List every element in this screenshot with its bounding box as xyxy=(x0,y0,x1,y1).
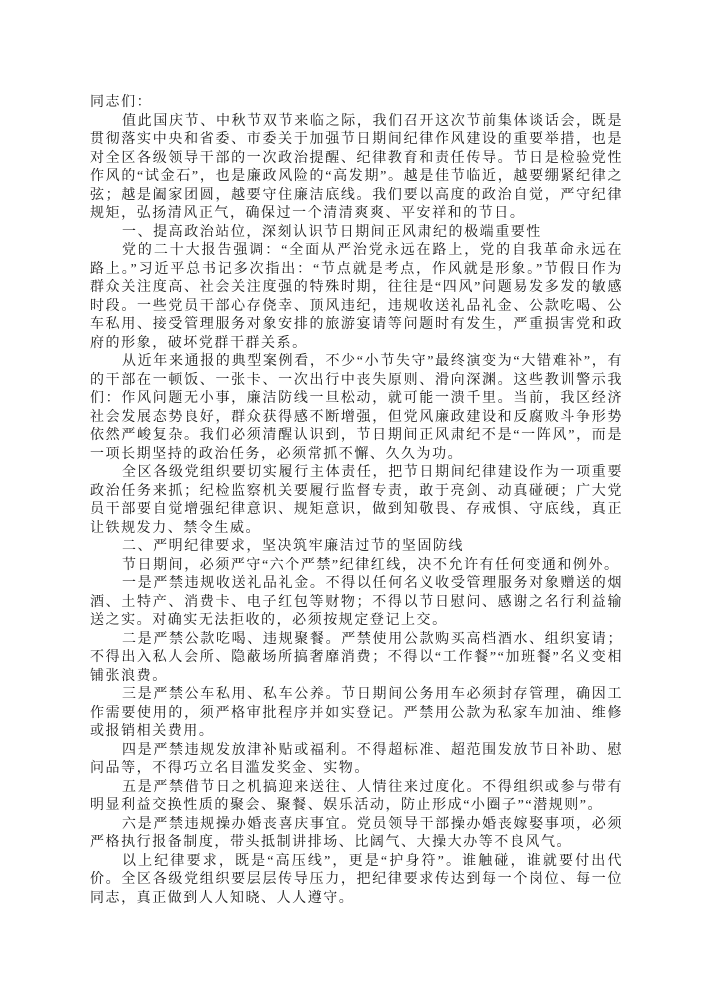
body-paragraph: 值此国庆节、中秋节双节来临之际，我们召开这次节前集体谈话会，既是贯彻落实中央和省… xyxy=(90,113,623,224)
body-paragraph: 一是严禁违规收送礼品礼金。不得以任何名义收受管理服务对象赠送的烟酒、土特产、消费… xyxy=(90,575,623,631)
body-paragraph: 四是严禁违规发放津补贴或福利。不得超标准、超范围发放节日补助、慰问品等，不得巧立… xyxy=(90,742,623,779)
document-text-block: 同志们：值此国庆节、中秋节双节来临之际，我们召开这次节前集体谈话会，既是贯彻落实… xyxy=(90,94,623,908)
salutation: 同志们： xyxy=(90,94,623,113)
section-heading: 一、提高政治站位，深刻认识节日期间正风肃纪的极端重要性 xyxy=(90,224,623,243)
body-paragraph: 全区各级党组织要切实履行主体责任，把节日期间纪律建设作为一项重要政治任务来抓；纪… xyxy=(90,464,623,538)
body-paragraph: 五是严禁借节日之机搞迎来送往、人情往来过度化。不得组织或参与带有明显利益交换性质… xyxy=(90,779,623,816)
body-paragraph: 从近年来通报的典型案例看，不少“小节失守”最终演变为“大错难补”，有的干部在一顿… xyxy=(90,353,623,464)
body-paragraph: 三是严禁公车私用、私车公养。节日期间公务用车必须封存管理，确因工作需要使用的，须… xyxy=(90,686,623,742)
section-heading: 二、严明纪律要求，坚决筑牢廉洁过节的坚固防线 xyxy=(90,538,623,557)
body-paragraph: 以上纪律要求，既是“高压线”，更是“护身符”。谁触碰，谁就要付出代价。全区各级党… xyxy=(90,853,623,909)
document-page: 同志们：值此国庆节、中秋节双节来临之际，我们召开这次节前集体谈话会，既是贯彻落实… xyxy=(0,0,711,1006)
body-paragraph: 节日期间，必须严守“六个严禁”纪律红线，决不允许有任何变通和例外。 xyxy=(90,557,623,576)
body-paragraph: 党的二十大报告强调：“全面从严治党永远在路上，党的自我革命永远在路上。”习近平总… xyxy=(90,242,623,353)
body-paragraph: 六是严禁违规操办婚丧喜庆事宜。党员领导干部操办婚丧嫁娶事项，必须严格执行报备制度… xyxy=(90,816,623,853)
body-paragraph: 二是严禁公款吃喝、违规聚餐。严禁使用公款购买高档酒水、组织宴请；不得出入私人会所… xyxy=(90,631,623,687)
